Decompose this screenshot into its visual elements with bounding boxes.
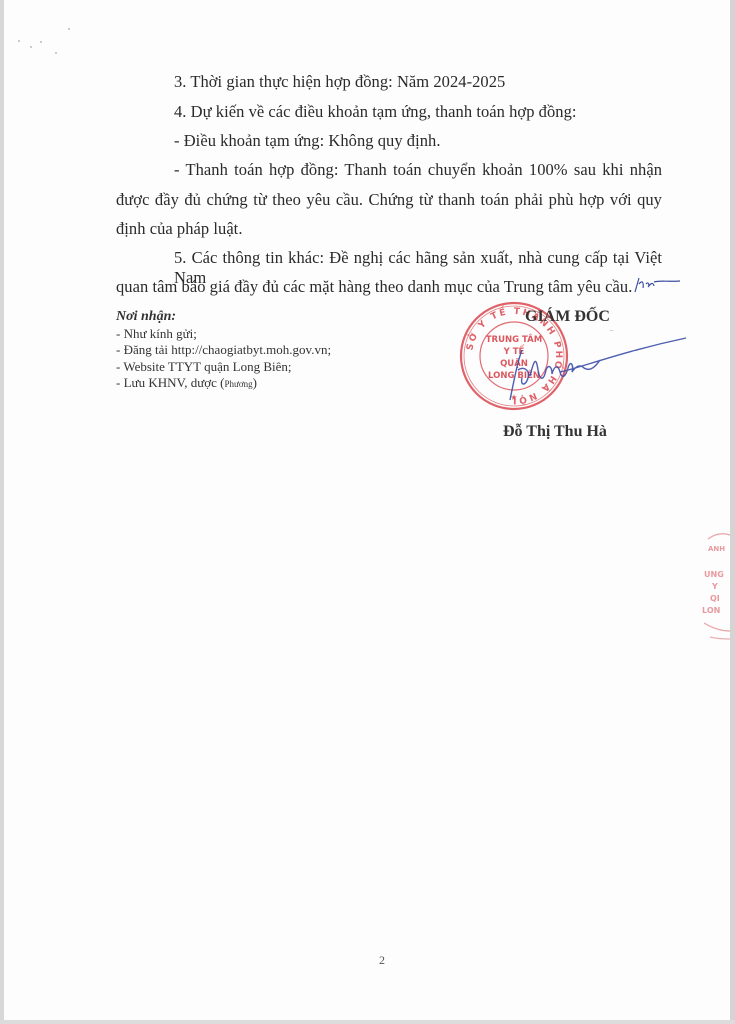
recipients-title: Nơi nhận: xyxy=(116,309,331,326)
partial-stamp-fragment: ANH UNG Y QI LON xyxy=(700,525,730,645)
author-name: Phương xyxy=(224,379,252,389)
svg-text:ANH: ANH xyxy=(708,545,725,553)
svg-text:QI: QI xyxy=(710,594,720,603)
page-number: 2 xyxy=(379,953,385,968)
handwritten-initials xyxy=(632,272,682,296)
item-5-other-info-line-2: quan tâm báo giá đầy đủ các mặt hàng the… xyxy=(116,277,632,297)
scan-speck xyxy=(68,28,70,30)
payment-terms-line-2: được đầy đủ chứng từ theo yêu cầu. Chứng… xyxy=(116,190,662,210)
scan-speck xyxy=(55,52,57,54)
scan-right-border xyxy=(730,0,735,1024)
item-4-payment-terms-heading: 4. Dự kiến về các điều khoản tạm ứng, th… xyxy=(174,102,577,122)
document-page: 3. Thời gian thực hiện hợp đồng: Năm 202… xyxy=(0,0,730,1020)
scan-speck xyxy=(40,41,42,43)
svg-text:LON: LON xyxy=(702,606,720,615)
recipient-item: - Website TTYT quận Long Biên; xyxy=(116,359,331,376)
recipients-block: Nơi nhận: - Như kính gửi; - Đăng tải htt… xyxy=(116,309,331,393)
payment-terms-line-3: định của pháp luật. xyxy=(116,219,243,239)
handwritten-signature xyxy=(500,330,690,410)
scan-speck xyxy=(30,46,32,48)
signer-name: Đỗ Thị Thu Hà xyxy=(503,423,607,441)
recipient-item: - Lưu KHNV, dược (Phương) xyxy=(116,375,331,393)
signature-title: GIÁM ĐỐC xyxy=(525,308,610,326)
recipient-item: - Như kính gửi; xyxy=(116,326,331,343)
svg-text:Y: Y xyxy=(711,582,718,591)
advance-terms: - Điều khoản tạm ứng: Không quy định. xyxy=(174,131,441,151)
svg-text:UNG: UNG xyxy=(704,570,724,579)
scan-speck xyxy=(18,40,20,42)
recipient-item: - Đăng tải http://chaogiatbyt.moh.gov.vn… xyxy=(116,342,331,359)
scan-bottom-border xyxy=(0,1020,735,1024)
item-3-contract-period: 3. Thời gian thực hiện hợp đồng: Năm 202… xyxy=(174,72,505,92)
payment-terms-line-1: - Thanh toán hợp đồng: Thanh toán chuyển… xyxy=(174,160,662,180)
